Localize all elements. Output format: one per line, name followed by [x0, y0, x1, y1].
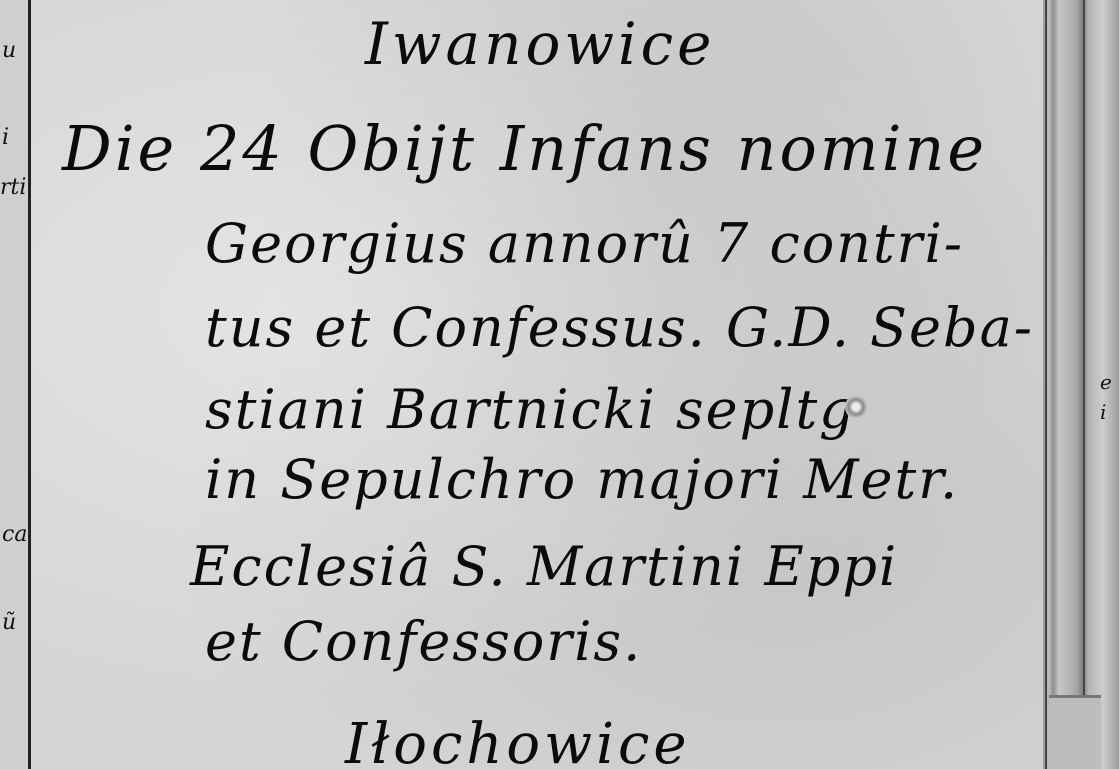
- entry-line-6: Ecclesiâ S. Martini Eppi: [190, 535, 898, 598]
- margin-fragment: ca: [2, 522, 27, 547]
- next-place-heading: Iłochowice: [345, 712, 690, 769]
- entry-line-5: in Sepulchro majori Metr.: [205, 448, 959, 511]
- binding-rule: [1045, 0, 1047, 769]
- entry-line-4: stiani Bartnicki sepltg: [205, 378, 856, 441]
- binding-base: [1049, 695, 1101, 769]
- binding-rule: [1083, 0, 1085, 769]
- margin-fragment: ũ: [2, 610, 16, 635]
- place-heading: Iwanowice: [365, 10, 715, 78]
- margin-fragment: i: [1100, 400, 1106, 424]
- margin-fragment: e: [1100, 370, 1112, 394]
- margin-rule: [28, 0, 31, 769]
- previous-page-margin: [0, 0, 29, 769]
- entry-line-2: Georgius annorû 7 contri-: [205, 212, 964, 275]
- margin-fragment: i: [2, 125, 9, 150]
- entry-line-3: tus et Confessus. G.D. Seba-: [205, 296, 1034, 359]
- paper-stain: [845, 395, 867, 419]
- margin-fragment: u: [2, 38, 16, 63]
- entry-line-1: Die 24 Obijt Infans nomine: [62, 112, 987, 185]
- entry-line-7: et Confessoris.: [205, 610, 642, 673]
- margin-fragment: rti: [0, 175, 26, 200]
- scanned-page: u i rti ca ũ Iwanowice Die 24 Obijt Infa…: [0, 0, 1119, 769]
